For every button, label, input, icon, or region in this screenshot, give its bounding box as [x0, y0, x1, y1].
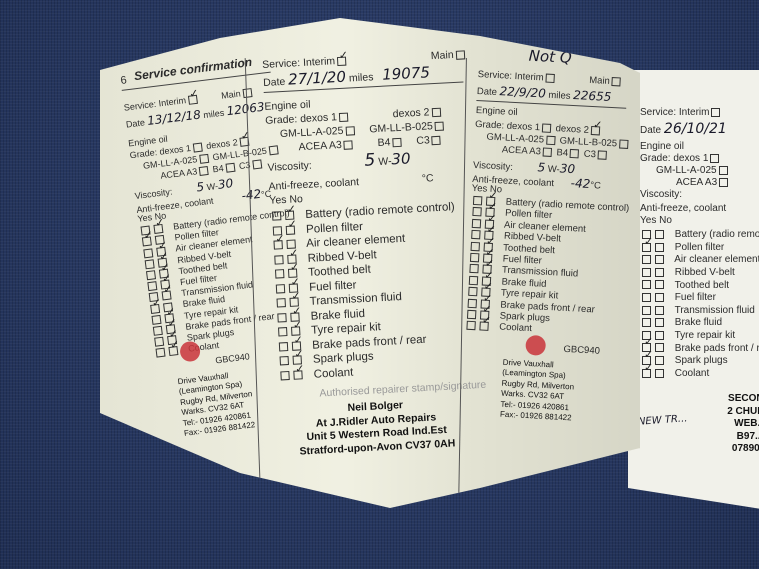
gm-ll-b-checkbox[interactable] [619, 139, 628, 148]
service-booklet: 6 Service confirmation Service: Interim … [100, 18, 640, 518]
label-miles: miles [548, 90, 571, 102]
yes-checkbox[interactable] [280, 371, 289, 380]
yes-checkbox[interactable] [273, 241, 282, 250]
no-checkbox[interactable] [655, 280, 664, 289]
yes-checkbox[interactable] [468, 287, 477, 296]
main-checkbox[interactable] [612, 77, 621, 86]
label-service: Service: [477, 69, 512, 82]
gm-ll-b-checkbox[interactable] [435, 121, 444, 130]
yes-checkbox[interactable] [143, 248, 153, 258]
yes-checkbox[interactable] [274, 255, 283, 264]
label-dexos1: dexos 1 [507, 121, 541, 134]
checklist-item: Brake fluid [640, 318, 722, 328]
label-w: W- [547, 164, 560, 176]
label-yes: Yes [472, 183, 488, 195]
checklist-label: Coolant [496, 322, 532, 335]
label-date: Date [640, 125, 661, 136]
label-acea: ACEA A3 [676, 177, 717, 188]
label-service: Service: [262, 57, 301, 71]
label-b4: B4 [377, 136, 390, 149]
checklist-label: Pollen filter [672, 242, 724, 253]
checklist-label: Battery (radio remote control) [672, 229, 759, 240]
label-dexos2: dexos 2 [392, 106, 429, 120]
stamp-entry4: SECON...2 CHUR...WEB...B97...07890... [710, 393, 759, 456]
label-engine-oil: Engine oil [476, 106, 518, 118]
no-checkbox[interactable] [655, 331, 664, 340]
yes-checkbox[interactable] [642, 306, 651, 315]
yes-checkbox[interactable] [469, 264, 478, 273]
c3-checkbox[interactable] [432, 135, 441, 144]
yes-checkbox[interactable] [147, 281, 157, 291]
label-service: Service: [640, 107, 676, 118]
page-number: 6 [120, 75, 127, 87]
label-miles: miles [349, 71, 374, 84]
checklist-item: Transmission fluid [640, 306, 755, 316]
yes-checkbox[interactable] [156, 348, 166, 358]
checklist-label: Fuel filter [306, 279, 357, 294]
no-checkbox[interactable] [655, 369, 664, 378]
entry2-date: 27/1/20 [288, 68, 347, 89]
label-date: Date [477, 86, 498, 98]
label-interim: Interim [514, 71, 544, 84]
gm-ll-a-checkbox[interactable] [546, 136, 555, 145]
b4-checkbox[interactable] [570, 149, 579, 158]
checklist-label: Air cleaner element [672, 254, 759, 265]
checklist-item: Tyre repair kit [640, 331, 735, 341]
checklist-label: Spark plugs [672, 355, 728, 366]
no-checkbox[interactable] [293, 370, 302, 379]
label-b4: B4 [212, 163, 224, 174]
label-dexos1: dexos 1 [300, 111, 337, 125]
checklist-item: Battery (radio remote control) [640, 230, 759, 240]
label-main: Main [431, 49, 454, 62]
checklist-label: Ribbed V-belt [672, 267, 735, 278]
entry3-date: 22/9/20 [499, 84, 546, 100]
label-no: No [659, 215, 672, 226]
label-grade: Grade: [475, 119, 505, 132]
yes-checkbox[interactable] [145, 259, 155, 269]
stamp-line: 2 CHUR... [710, 406, 759, 419]
yes-checkbox[interactable] [275, 270, 284, 279]
yes-checkbox[interactable] [151, 315, 161, 325]
yes-checkbox[interactable] [150, 303, 160, 313]
entry2-viscosity-high: 30 [391, 149, 411, 168]
label-dexos1: dexos 1 [673, 153, 708, 164]
yes-checkbox[interactable] [642, 255, 651, 264]
stamp-line: SECON... [710, 393, 759, 406]
label-celsius: °C [590, 180, 601, 192]
acea-checkbox[interactable] [543, 148, 552, 157]
b4-checkbox[interactable] [225, 163, 235, 173]
yes-checkbox[interactable] [642, 280, 651, 289]
stamp-line: WEB... [710, 418, 759, 431]
no-checkbox[interactable] [655, 268, 664, 277]
entry1-viscosity-low: 5 [196, 180, 205, 195]
checklist-item: Toothed belt [640, 280, 729, 290]
yes-checkbox[interactable] [153, 326, 163, 336]
label-engine-oil: Engine oil [640, 142, 684, 152]
checklist-label: Toothed belt [672, 280, 729, 291]
c3-checkbox[interactable] [252, 160, 262, 170]
yes-checkbox[interactable] [280, 356, 289, 365]
c3-checkbox[interactable] [598, 150, 607, 159]
checklist-label: Fuel filter [672, 292, 716, 303]
no-checkbox[interactable] [168, 346, 178, 356]
checklist-label: Transmission fluid [672, 305, 755, 316]
label-engine-oil: Engine oil [264, 100, 311, 113]
label-gm-ll-a: GM-LL-A-025 [656, 165, 717, 176]
stamp-line: B97... [710, 431, 759, 444]
label-c3: C3 [583, 149, 596, 161]
label-viscosity: Viscosity: [267, 160, 312, 174]
label-acea: ACEA A3 [502, 144, 542, 157]
yes-checkbox[interactable] [642, 243, 651, 252]
yes-checkbox[interactable] [142, 237, 152, 247]
label-viscosity: Viscosity: [473, 160, 513, 173]
stamp-entry3: Drive Vauxhall(Leamington Spa)Rugby Rd, … [500, 358, 576, 424]
checklist-item: Fuel filter [640, 293, 716, 303]
checklist-label: Pollen filter [303, 220, 364, 235]
entry3-code: GBC940 [563, 345, 600, 356]
acea-checkbox[interactable] [199, 166, 209, 176]
checklist-label: Brake pads front / rear [672, 343, 759, 354]
entry1-antifreeze: -42 [241, 187, 262, 203]
dexos2-checkbox[interactable] [431, 107, 440, 116]
label-yes: Yes [640, 215, 656, 226]
yes-checkbox[interactable] [642, 369, 651, 378]
main-checkbox[interactable] [242, 88, 252, 98]
yes-checkbox[interactable] [154, 337, 164, 347]
entry2-miles: 19075 [382, 63, 431, 83]
checklist-item: Brake pads front / rear [640, 343, 759, 353]
yes-checkbox[interactable] [472, 219, 481, 228]
label-interim: Interim [303, 55, 336, 69]
stamp-entry2: Neil BolgerAt J.Ridler Auto RepairsUnit … [290, 396, 463, 459]
yes-checkbox[interactable] [471, 241, 480, 250]
label-celsius: °C [422, 172, 434, 185]
interim-checkbox[interactable] [711, 108, 720, 117]
label-dexos2: dexos 2 [555, 123, 589, 136]
yes-checkbox[interactable] [277, 299, 286, 308]
gm-ll-a-checkbox[interactable] [199, 154, 209, 164]
dexos1-checkbox[interactable] [710, 154, 719, 163]
checklist-item: Pollen filter [640, 243, 724, 253]
yes-checkbox[interactable] [277, 313, 286, 322]
no-checkbox[interactable] [655, 230, 664, 239]
yes-checkbox[interactable] [472, 207, 481, 216]
entry3-viscosity-high: 30 [559, 161, 575, 176]
no-checkbox[interactable] [655, 318, 664, 327]
checklist-item: Ribbed V-belt [640, 268, 735, 278]
yes-checkbox[interactable] [272, 212, 281, 221]
entry3-viscosity-low: 5 [537, 160, 545, 174]
label-main: Main [589, 75, 610, 87]
entry2-viscosity-low: 5 [364, 150, 376, 171]
label-antifreeze: Anti-freeze, coolant [640, 204, 726, 214]
no-checkbox[interactable] [655, 243, 664, 252]
label-interim: Interim [679, 107, 710, 118]
label-grade: Grade: [640, 153, 671, 164]
entry1-viscosity-high: 30 [217, 176, 234, 192]
interim-checkbox[interactable] [545, 74, 554, 83]
yes-checkbox[interactable] [278, 328, 287, 337]
label-acea: ACEA A3 [298, 139, 342, 153]
dexos2-checkbox[interactable] [591, 126, 600, 135]
no-checkbox[interactable] [655, 356, 664, 365]
checklist-label: Coolant [310, 366, 353, 380]
gm-ll-b-checkbox[interactable] [268, 145, 278, 155]
yes-checkbox[interactable] [469, 276, 478, 285]
label-yes: Yes [269, 194, 287, 207]
acea-checkbox[interactable] [719, 178, 728, 187]
interim-checkbox[interactable] [337, 56, 346, 65]
yes-checkbox[interactable] [642, 268, 651, 277]
stamp-entry1: Drive Vauxhall(Leamington Spa)Rugby Rd, … [177, 368, 257, 439]
dexos1-checkbox[interactable] [339, 112, 348, 121]
label-date: Date [263, 76, 286, 89]
yes-checkbox[interactable] [146, 270, 156, 280]
label-b4: B4 [556, 147, 568, 159]
entry4-date: 26/10/21 [664, 121, 727, 137]
entry3-miles: 22655 [573, 88, 612, 104]
next-page: Service: Interim Date 26/10/21 Engine oi… [628, 70, 759, 510]
yes-checkbox[interactable] [470, 253, 479, 262]
checklist-label: Brake fluid [672, 317, 722, 328]
main-checkbox[interactable] [455, 50, 464, 59]
b4-checkbox[interactable] [392, 138, 401, 147]
no-checkbox[interactable] [286, 225, 295, 234]
no-checkbox[interactable] [479, 322, 488, 331]
no-checkbox[interactable] [153, 224, 163, 234]
no-checkbox[interactable] [655, 293, 664, 302]
yes-checkbox[interactable] [468, 298, 477, 307]
yes-checkbox[interactable] [471, 230, 480, 239]
checklist-label: Brake fluid [307, 307, 365, 322]
dexos1-checkbox[interactable] [192, 143, 202, 153]
checklist-label: Coolant [672, 368, 709, 379]
checklist-item: Air cleaner element [640, 255, 759, 265]
label-viscosity: Viscosity: [640, 190, 682, 200]
gm-ll-a-checkbox[interactable] [345, 126, 354, 135]
dexos1-checkbox[interactable] [542, 123, 551, 132]
yes-checkbox[interactable] [276, 284, 285, 293]
no-checkbox[interactable] [655, 343, 664, 352]
yes-checkbox[interactable] [473, 196, 482, 205]
entry4-note: NEW TR... [638, 414, 688, 427]
checklist-item: Coolant [640, 369, 709, 379]
yes-checkbox[interactable] [279, 342, 288, 351]
label-yes: Yes [137, 212, 153, 224]
label-c3: C3 [416, 134, 430, 147]
stamp-line: 07890... [710, 443, 759, 456]
no-checkbox[interactable] [162, 291, 172, 301]
interim-checkbox[interactable] [187, 95, 197, 105]
gm-ll-a-checkbox[interactable] [719, 166, 728, 175]
yes-checkbox[interactable] [642, 293, 651, 302]
yes-checkbox[interactable] [466, 321, 475, 330]
entry3-antifreeze: -42 [570, 176, 590, 191]
label-w: W- [378, 155, 392, 168]
no-checkbox[interactable] [655, 306, 664, 315]
yes-checkbox[interactable] [467, 310, 476, 319]
label-grade: Grade: [265, 113, 298, 127]
no-checkbox[interactable] [655, 255, 664, 264]
checklist-label: Tyre repair kit [672, 330, 735, 341]
acea-checkbox[interactable] [344, 140, 353, 149]
yes-checkbox[interactable] [642, 318, 651, 327]
